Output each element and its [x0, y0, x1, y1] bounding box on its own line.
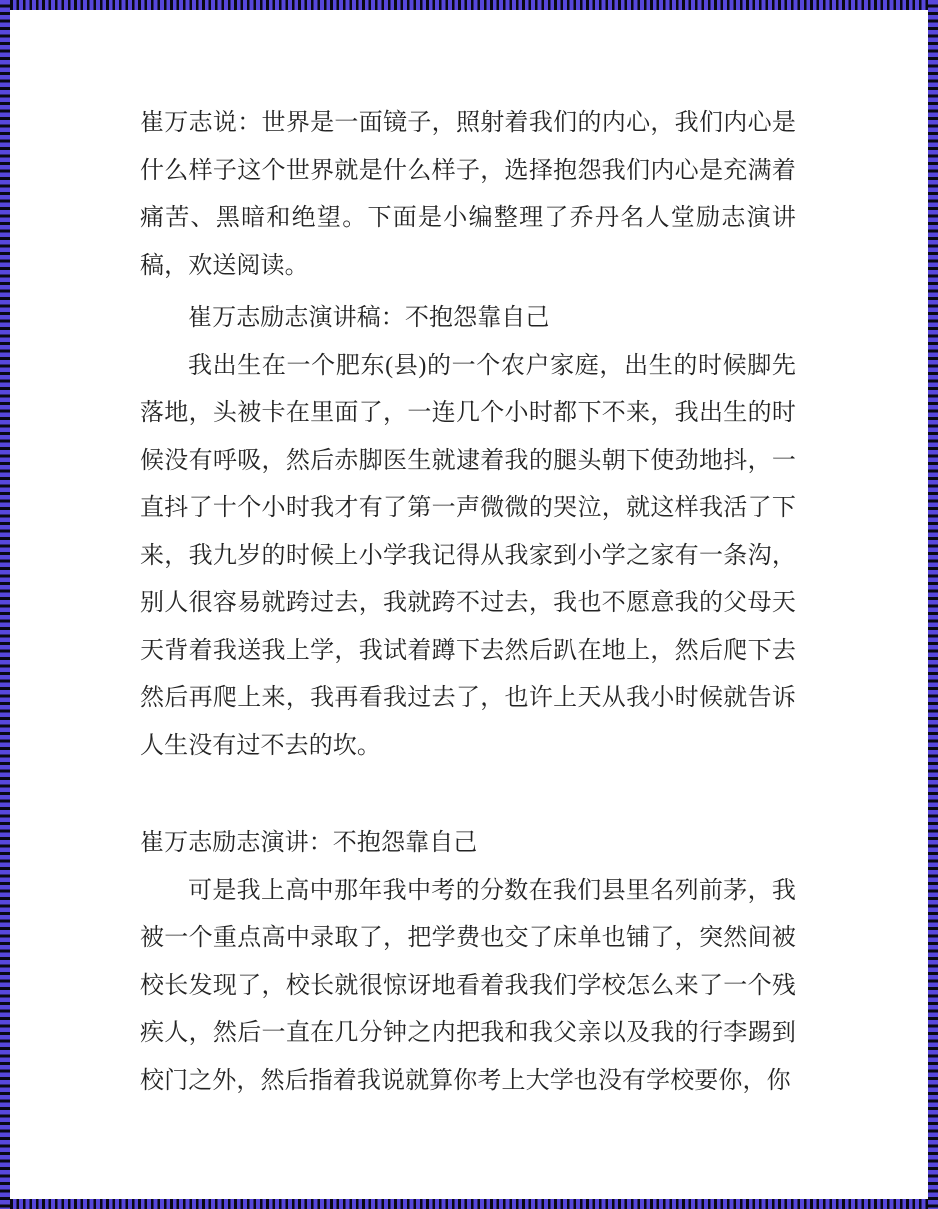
striped-border-bottom: [0, 1199, 938, 1209]
document-page: 崔万志说：世界是一面镜子，照射着我们的内心，我们内心是什么样子这个世界就是什么样…: [0, 0, 938, 1209]
section1-heading: 崔万志励志演讲稿：不抱怨靠自己: [140, 295, 796, 343]
document-content: 崔万志说：世界是一面镜子，照射着我们的内心，我们内心是什么样子这个世界就是什么样…: [140, 100, 796, 1105]
striped-border-right: [928, 0, 938, 1209]
section2-heading: 崔万志励志演讲：不抱怨靠自己: [140, 820, 796, 868]
section1-body-paragraph: 我出生在一个肥东(县)的一个农户家庭，出生的时候脚先落地，头被卡在里面了，一连几…: [140, 343, 796, 771]
intro-paragraph: 崔万志说：世界是一面镜子，照射着我们的内心，我们内心是什么样子这个世界就是什么样…: [140, 100, 796, 290]
section2-body-paragraph: 可是我上高中那年我中考的分数在我们县里名列前茅，我被一个重点高中录取了，把学费也…: [140, 868, 796, 1106]
striped-border-left: [0, 0, 10, 1209]
striped-border-top: [0, 0, 938, 10]
